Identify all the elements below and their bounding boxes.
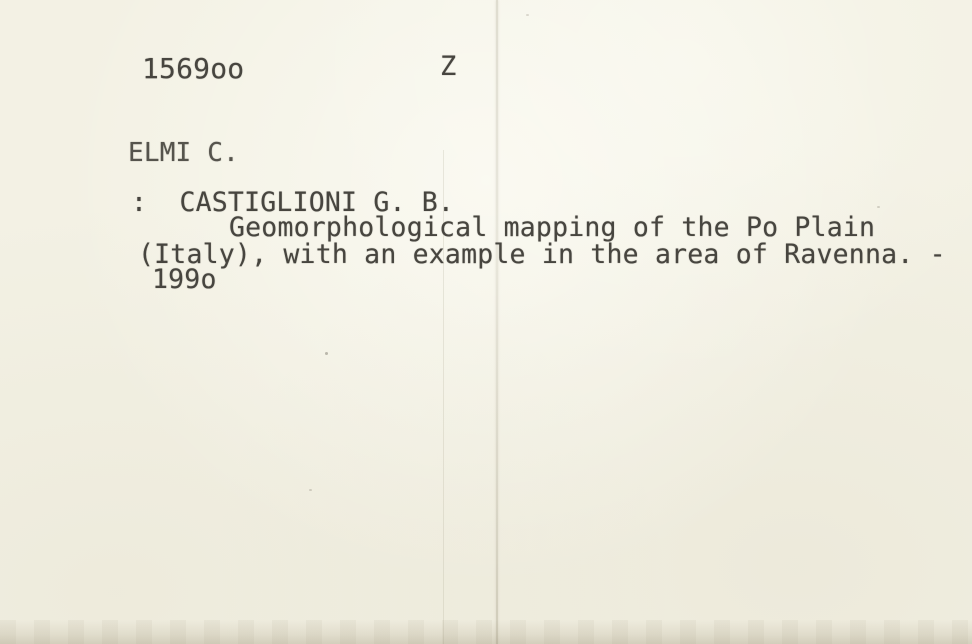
dust-speck (325, 352, 328, 355)
call-number: 1569oo (142, 56, 244, 82)
dust-speck (309, 489, 312, 491)
section-letter: Z (440, 54, 456, 80)
entry-line: (Italy), with an example in the area of … (138, 242, 946, 268)
catalog-card: 1569oo Z ELMI C. : CASTIGLIONI G. B. Geo… (0, 0, 972, 644)
author-heading: ELMI C. (128, 140, 239, 166)
bottom-edge-shadow (0, 620, 972, 644)
center-crease-line (496, 0, 498, 644)
entry-line: 199o (152, 267, 217, 293)
dust-speck (877, 206, 880, 208)
dust-speck (526, 14, 529, 16)
entry-line: Geomorphological mapping of the Po Plain (229, 215, 875, 241)
